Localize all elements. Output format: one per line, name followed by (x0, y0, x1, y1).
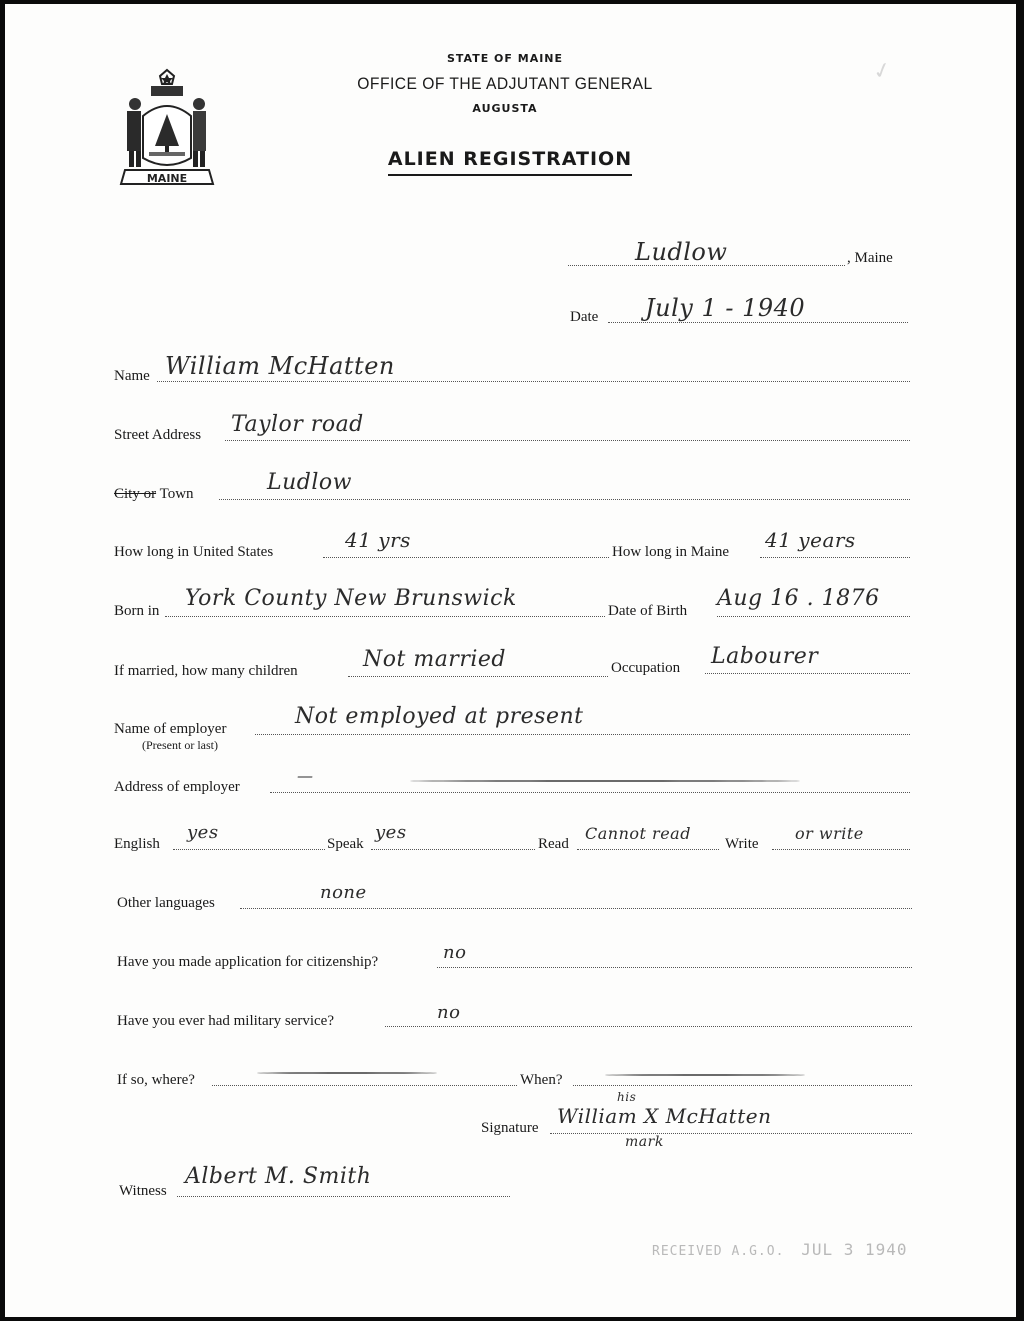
citizenship-field[interactable]: no (443, 942, 466, 963)
children-label: If married, how many children (114, 663, 298, 680)
how-long-us-label: How long in United States (114, 544, 273, 561)
where-label: If so, where? (117, 1072, 195, 1089)
checkmark-icon: ✓ (870, 56, 895, 86)
witness-label: Witness (119, 1183, 167, 1200)
date-of-birth-field[interactable]: Aug 16 . 1876 (717, 586, 880, 611)
signature-mark-above: his (617, 1090, 636, 1104)
alien-registration-form: MAINE STATE OF MAINE OFFICE OF THE ADJUT… (5, 4, 1016, 1317)
speak-field[interactable]: yes (375, 822, 407, 843)
signature-mark-below: mark (625, 1134, 664, 1150)
svg-text:MAINE: MAINE (147, 172, 187, 185)
english-field[interactable]: yes (187, 822, 219, 843)
read-field[interactable]: Cannot read (585, 824, 691, 843)
born-in-label: Born in (114, 603, 159, 620)
received-stamp: RECEIVED A.G.O. JUL 3 1940 (652, 1240, 908, 1259)
name-field[interactable]: William McHatten (165, 352, 395, 380)
place-value: Ludlow (635, 238, 727, 266)
town-field[interactable]: Ludlow (267, 470, 352, 495)
citizenship-label: Have you made application for citizenshi… (117, 954, 378, 971)
born-in-field[interactable]: York County New Brunswick (185, 586, 517, 611)
military-field[interactable]: no (437, 1002, 460, 1023)
occupation-label: Occupation (611, 660, 680, 677)
english-label: English (114, 836, 160, 853)
date-of-birth-label: Date of Birth (608, 603, 687, 620)
employer-name-label: Name of employer (114, 721, 226, 738)
occupation-field[interactable]: Labourer (711, 644, 818, 669)
state-heading: STATE OF MAINE (315, 52, 695, 65)
signature-label: Signature (481, 1120, 539, 1137)
street-address-field[interactable]: Taylor road (231, 412, 364, 437)
form-title: ALIEN REGISTRATION (388, 148, 632, 176)
how-long-us-field[interactable]: 41 yrs (345, 528, 411, 552)
military-label: Have you ever had military service? (117, 1013, 334, 1030)
date-label: Date (570, 309, 598, 326)
witness-field[interactable]: Albert M. Smith (185, 1164, 371, 1189)
employer-address-field[interactable]: — (297, 766, 314, 785)
maine-seal-icon: MAINE (113, 66, 221, 192)
read-label: Read (538, 836, 569, 853)
town-label: Town (160, 486, 194, 502)
name-label: Name (114, 368, 150, 385)
how-long-maine-field[interactable]: 41 years (765, 528, 856, 552)
employer-name-field[interactable]: Not employed at present (295, 704, 584, 729)
date-field[interactable]: July 1 - 1940 (645, 294, 805, 322)
street-address-label: Street Address (114, 427, 201, 444)
city-label-struck: City or (114, 486, 156, 502)
speak-label: Speak (327, 836, 364, 853)
stamp-date: JUL 3 1940 (801, 1240, 907, 1259)
write-field[interactable]: or write (795, 824, 864, 843)
when-label: When? (520, 1072, 562, 1089)
how-long-maine-label: How long in Maine (612, 544, 729, 561)
signature-field[interactable]: William X McHatten (557, 1104, 771, 1128)
office-heading: OFFICE OF THE ADJUTANT GENERAL (312, 74, 698, 94)
city-heading: AUGUSTA (315, 102, 695, 115)
other-languages-field[interactable]: none (320, 882, 367, 903)
children-field[interactable]: Not married (363, 647, 506, 672)
place-suffix: , Maine (847, 250, 893, 267)
employer-name-sublabel: (Present or last) (142, 738, 218, 753)
stamp-text: RECEIVED A.G.O. (652, 1244, 784, 1259)
other-languages-label: Other languages (117, 895, 215, 912)
write-label: Write (725, 836, 759, 853)
employer-address-label: Address of employer (114, 779, 240, 796)
